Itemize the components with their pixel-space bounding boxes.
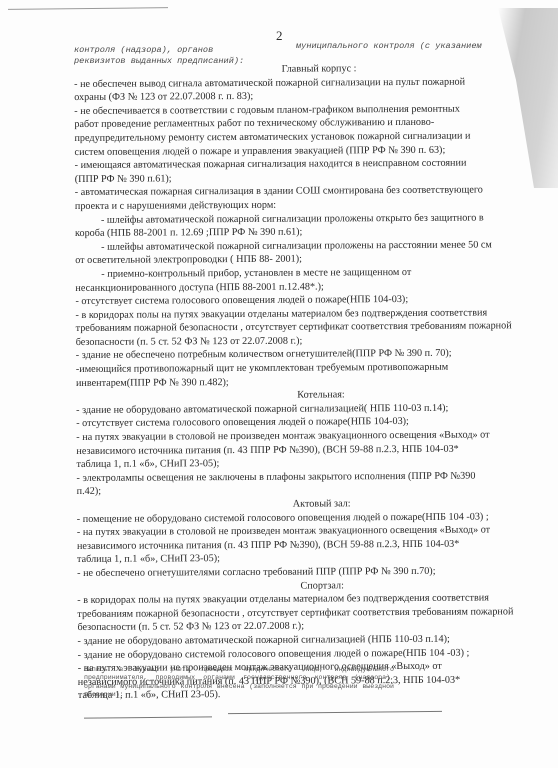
signature-line-right — [228, 711, 442, 714]
violation-line: - автоматическая пожарная сигнализация в… — [75, 183, 545, 199]
signature-line-left — [84, 716, 212, 718]
journal-entry-note: Запись в Журнал учета проверок юридическ… — [84, 666, 394, 700]
header-line-left: контроля (надзора), органов — [74, 45, 213, 55]
violation-line: - на путях эвакуации в столовой не произ… — [76, 428, 546, 444]
scan-edge-line — [8, 7, 168, 10]
document-body: Главный корпус :- не обеспечен вывод сиг… — [74, 61, 548, 703]
violation-line: - на путях эвакуации в столовой не произ… — [77, 523, 547, 539]
header-line-right: муниципального контроля (с указанием — [296, 41, 482, 51]
page-number: 2 — [276, 28, 283, 44]
violation-line: требованиям пожарной безопасности , отсу… — [76, 319, 546, 335]
